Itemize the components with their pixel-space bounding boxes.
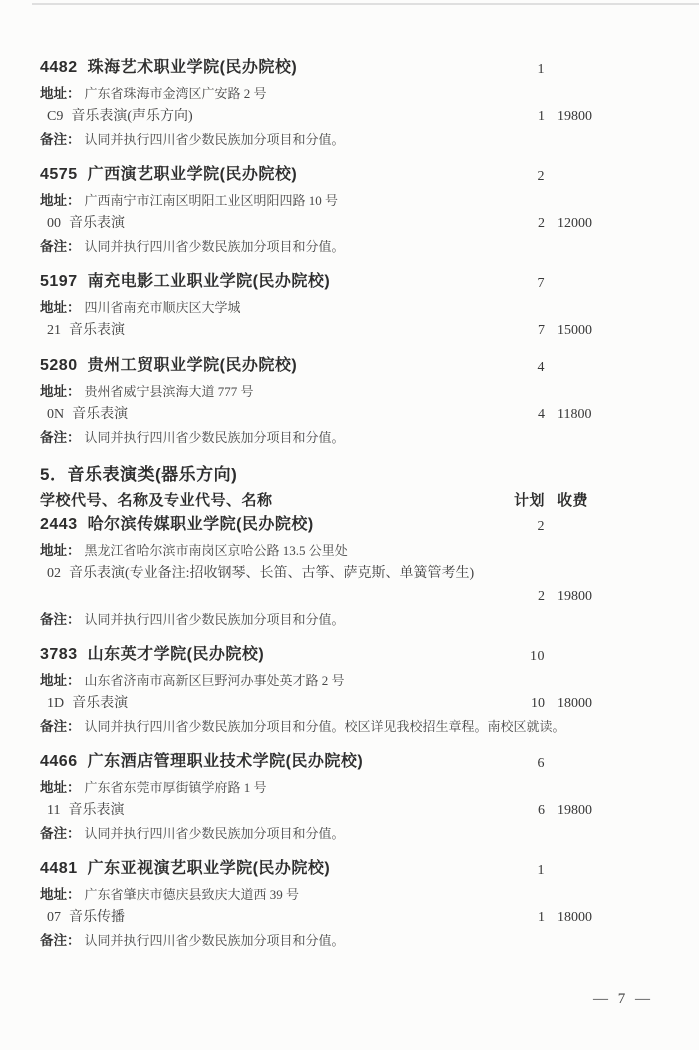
address-text: 山东省济南市高新区巨野河办事处英才路 2 号	[85, 673, 345, 688]
school-entry: 4575广西演艺职业学院(民办院校)2地址：广西南宁市江南区明阳工业区明阳四路 …	[40, 165, 699, 256]
remark-text: 认同并执行四川省少数民族加分项目和分值。	[85, 612, 345, 627]
school-code: 5280	[40, 357, 78, 374]
major-row: 11音乐表演619800	[40, 802, 699, 820]
school-title-row: 4466广东酒店管理职业技术学院(民办院校)6	[40, 752, 699, 772]
address-label: 地址：	[40, 86, 81, 101]
address-text: 贵州省威宁县滨海大道 777 号	[85, 384, 254, 399]
major-fee: 19800	[557, 588, 637, 606]
school-entry: 5280贵州工贸职业学院(民办院校)4地址：贵州省威宁县滨海大道 777 号0N…	[40, 356, 699, 447]
address-label: 地址：	[40, 300, 81, 315]
school-address-row: 地址：广东省珠海市金湾区广安路 2 号	[40, 85, 699, 103]
school-code: 3783	[40, 646, 78, 663]
remark-text: 认同并执行四川省少数民族加分项目和分值。	[85, 132, 345, 147]
major-name: 音乐表演	[72, 696, 128, 711]
major-numbers-row: 219800	[40, 588, 699, 606]
major-code: C9	[47, 109, 63, 124]
address-text: 黑龙江省哈尔滨市南岗区京哈公路 13.5 公里处	[85, 543, 348, 558]
major-row: 07音乐传播118000	[40, 909, 699, 927]
school-entry: 2443哈尔滨传媒职业学院(民办院校)2地址：黑龙江省哈尔滨市南岗区京哈公路 1…	[40, 515, 699, 629]
major-name: 音乐表演	[68, 803, 124, 818]
school-plan-total: 10	[498, 647, 545, 667]
school-entry: 4482珠海艺术职业学院(民办院校)1地址：广东省珠海市金湾区广安路 2 号C9…	[40, 58, 699, 149]
remark-text: 认同并执行四川省少数民族加分项目和分值。校区详见我校招生章程。南校区就读。	[85, 719, 566, 734]
major-row: C9音乐表演(声乐方向)119800	[40, 108, 699, 126]
school-name: 山东英才学院(民办院校)	[88, 646, 265, 663]
major-code: 21	[47, 323, 61, 338]
major-fee: 19800	[557, 802, 637, 820]
major-row: 21音乐表演715000	[40, 322, 699, 340]
address-text: 广西南宁市江南区明阳工业区明阳四路 10 号	[85, 193, 339, 208]
major-name: 音乐表演	[69, 323, 125, 338]
column-header-plan: 计划	[498, 491, 545, 511]
school-title-row: 4482珠海艺术职业学院(民办院校)1	[40, 58, 699, 78]
major-plan: 10	[498, 695, 545, 713]
school-title-row: 2443哈尔滨传媒职业学院(民办院校)2	[40, 515, 699, 535]
school-code: 4482	[40, 59, 78, 76]
school-address-row: 地址：四川省南充市顺庆区大学城	[40, 299, 699, 317]
address-label: 地址：	[40, 887, 81, 902]
remark-label: 备注：	[40, 132, 81, 147]
major-row: 00音乐表演212000	[40, 215, 699, 233]
major-code: 02	[47, 566, 61, 581]
school-name: 广东酒店管理职业技术学院(民办院校)	[88, 753, 364, 770]
school-plan-total: 6	[498, 754, 545, 774]
remark-label: 备注：	[40, 430, 81, 445]
school-plan-total: 4	[498, 358, 545, 378]
major-row: 0N音乐表演411800	[40, 406, 699, 424]
remark-text: 认同并执行四川省少数民族加分项目和分值。	[85, 826, 345, 841]
major-fee: 18000	[557, 695, 637, 713]
school-title-row: 4575广西演艺职业学院(民办院校)2	[40, 165, 699, 185]
remark-label: 备注：	[40, 612, 81, 627]
major-name: 音乐传播	[69, 910, 125, 925]
major-fee: 19800	[557, 108, 637, 126]
school-address-row: 地址：黑龙江省哈尔滨市南岗区京哈公路 13.5 公里处	[40, 542, 699, 560]
school-name: 南充电影工业职业学院(民办院校)	[88, 273, 331, 290]
remark-text: 认同并执行四川省少数民族加分项目和分值。	[85, 239, 345, 254]
major-plan: 6	[498, 802, 545, 820]
address-label: 地址：	[40, 193, 81, 208]
major-name: 音乐表演	[72, 407, 128, 422]
major-plan: 1	[498, 108, 545, 126]
school-address-row: 地址：贵州省威宁县滨海大道 777 号	[40, 383, 699, 401]
remark-label: 备注：	[40, 826, 81, 841]
school-name: 哈尔滨传媒职业学院(民办院校)	[88, 516, 314, 533]
school-code: 4466	[40, 753, 78, 770]
section-header-block: 5．音乐表演类(器乐方向) 学校代号、名称及专业代号、名称 计划 收费	[40, 463, 699, 511]
major-fee: 15000	[557, 322, 637, 340]
remark-row: 备注：认同并执行四川省少数民族加分项目和分值。校区详见我校招生章程。南校区就读。	[40, 718, 699, 736]
school-plan-total: 2	[498, 167, 545, 187]
remark-text: 认同并执行四川省少数民族加分项目和分值。	[85, 430, 345, 445]
school-entry: 4466广东酒店管理职业技术学院(民办院校)6地址：广东省东莞市厚街镇学府路 1…	[40, 752, 699, 843]
school-address-row: 地址：广西南宁市江南区明阳工业区明阳四路 10 号	[40, 192, 699, 210]
remark-row: 备注：认同并执行四川省少数民族加分项目和分值。	[40, 932, 699, 950]
school-plan-total: 7	[498, 274, 545, 294]
school-name: 贵州工贸职业学院(民办院校)	[88, 357, 298, 374]
school-entry: 3783山东英才学院(民办院校)10地址：山东省济南市高新区巨野河办事处英才路 …	[40, 645, 699, 736]
major-name: 音乐表演(声乐方向)	[71, 109, 192, 124]
address-label: 地址：	[40, 384, 81, 399]
section-title: 5．音乐表演类(器乐方向)	[40, 463, 699, 487]
remark-row: 备注：认同并执行四川省少数民族加分项目和分值。	[40, 238, 699, 256]
major-plan: 2	[498, 588, 545, 606]
school-code: 4481	[40, 860, 78, 877]
school-code: 2443	[40, 516, 78, 533]
major-name: 音乐表演	[69, 216, 125, 231]
column-header-schools: 学校代号、名称及专业代号、名称	[40, 492, 273, 509]
remark-text: 认同并执行四川省少数民族加分项目和分值。	[85, 933, 345, 948]
school-code: 5197	[40, 273, 78, 290]
remark-label: 备注：	[40, 719, 81, 734]
major-code: 07	[47, 910, 61, 925]
remark-row: 备注：认同并执行四川省少数民族加分项目和分值。	[40, 131, 699, 149]
school-entry: 5197南充电影工业职业学院(民办院校)7地址：四川省南充市顺庆区大学城21音乐…	[40, 272, 699, 340]
page-number: — 7 —	[593, 991, 653, 1008]
school-plan-total: 1	[498, 861, 545, 881]
remark-label: 备注：	[40, 239, 81, 254]
major-plan: 7	[498, 322, 545, 340]
school-title-row: 5197南充电影工业职业学院(民办院校)7	[40, 272, 699, 292]
address-label: 地址：	[40, 543, 81, 558]
address-text: 四川省南充市顺庆区大学城	[85, 300, 241, 315]
school-address-row: 地址：山东省济南市高新区巨野河办事处英才路 2 号	[40, 672, 699, 690]
school-entry: 4481广东亚视演艺职业学院(民办院校)1地址：广东省肇庆市德庆县致庆大道西 3…	[40, 859, 699, 950]
major-code: 00	[47, 216, 61, 231]
major-row: 02音乐表演(专业备注:招收钢琴、长笛、古筝、萨克斯、单簧管考生)	[40, 565, 699, 583]
school-name: 广东亚视演艺职业学院(民办院校)	[88, 860, 331, 877]
address-text: 广东省珠海市金湾区广安路 2 号	[85, 86, 267, 101]
school-title-row: 3783山东英才学院(民办院校)10	[40, 645, 699, 665]
major-code: 1D	[47, 696, 64, 711]
school-name: 珠海艺术职业学院(民办院校)	[88, 59, 298, 76]
column-header-fee: 收费	[557, 491, 637, 511]
major-plan: 2	[498, 215, 545, 233]
major-fee: 11800	[557, 406, 637, 424]
remark-row: 备注：认同并执行四川省少数民族加分项目和分值。	[40, 825, 699, 843]
address-label: 地址：	[40, 780, 81, 795]
school-title-row: 5280贵州工贸职业学院(民办院校)4	[40, 356, 699, 376]
school-title-row: 4481广东亚视演艺职业学院(民办院校)1	[40, 859, 699, 879]
major-code: 11	[47, 803, 60, 818]
school-address-row: 地址：广东省肇庆市德庆县致庆大道西 39 号	[40, 886, 699, 904]
school-plan-total: 2	[498, 517, 545, 537]
major-fee: 18000	[557, 909, 637, 927]
remark-row: 备注：认同并执行四川省少数民族加分项目和分值。	[40, 611, 699, 629]
scan-artifact-line	[32, 3, 699, 5]
school-plan-total: 1	[498, 60, 545, 80]
major-name: 音乐表演(专业备注:招收钢琴、长笛、古筝、萨克斯、单簧管考生)	[69, 566, 474, 581]
remark-label: 备注：	[40, 933, 81, 948]
address-text: 广东省肇庆市德庆县致庆大道西 39 号	[85, 887, 300, 902]
address-text: 广东省东莞市厚街镇学府路 1 号	[85, 780, 267, 795]
school-address-row: 地址：广东省东莞市厚街镇学府路 1 号	[40, 779, 699, 797]
major-plan: 4	[498, 406, 545, 424]
school-list-instrumental: 2443哈尔滨传媒职业学院(民办院校)2地址：黑龙江省哈尔滨市南岗区京哈公路 1…	[40, 515, 699, 950]
major-row: 1D音乐表演1018000	[40, 695, 699, 713]
major-plan: 1	[498, 909, 545, 927]
major-fee: 12000	[557, 215, 637, 233]
column-header-row: 学校代号、名称及专业代号、名称 计划 收费	[40, 491, 699, 511]
school-list-vocal-continued: 4482珠海艺术职业学院(民办院校)1地址：广东省珠海市金湾区广安路 2 号C9…	[40, 58, 699, 447]
school-name: 广西演艺职业学院(民办院校)	[88, 166, 298, 183]
document-page: 4482珠海艺术职业学院(民办院校)1地址：广东省珠海市金湾区广安路 2 号C9…	[0, 0, 699, 1050]
school-code: 4575	[40, 166, 78, 183]
major-code: 0N	[47, 407, 64, 422]
address-label: 地址：	[40, 673, 81, 688]
remark-row: 备注：认同并执行四川省少数民族加分项目和分值。	[40, 429, 699, 447]
